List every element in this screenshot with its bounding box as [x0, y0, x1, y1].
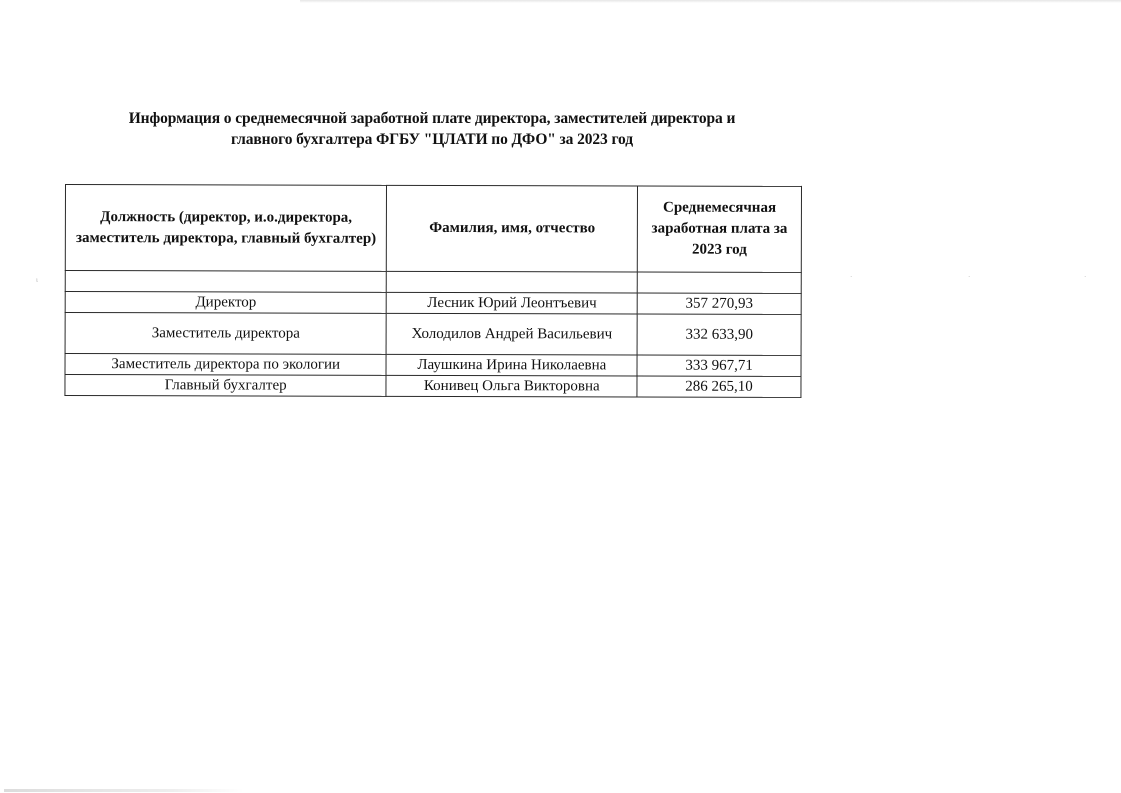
table-header-row: Должность (директор, и.о.директора, заме… [65, 185, 801, 273]
header-full-name: Фамилия, имя, отчество [387, 185, 638, 272]
spacer-cell [387, 271, 638, 293]
title-line-2: главного бухгалтера ФГБУ "ЦЛАТИ по ДФО" … [80, 129, 784, 150]
scan-dot: · [968, 273, 970, 281]
title-line-1: Информация о среднемесячной заработной п… [80, 108, 784, 129]
scan-edge-bottom [4, 789, 244, 792]
table-row: Главный бухгалтер Конивец Ольга Викторов… [65, 375, 801, 398]
table-row: Заместитель директора Холодилов Андрей В… [65, 313, 801, 356]
scan-edge-top [300, 0, 1121, 3]
cell-full-name: Лесник Юрий Леонтъевич [387, 292, 638, 314]
cell-full-name: Холодилов Андрей Васильевич [386, 313, 637, 355]
spacer-cell [637, 272, 801, 293]
cell-salary: 357 270,93 [637, 293, 801, 314]
cell-position: Главный бухгалтер [65, 375, 386, 397]
scan-dot: · [850, 273, 852, 281]
header-salary: Среднемесячная заработная плата за 2023 … [637, 186, 801, 272]
table-row: Заместитель директора по экологии Лаушки… [65, 354, 801, 377]
salary-table: Должность (директор, и.о.директора, заме… [64, 184, 802, 398]
header-position: Должность (директор, и.о.директора, заме… [65, 185, 387, 272]
cell-position: Заместитель директора [65, 313, 387, 355]
cell-full-name: Лаушкина Ирина Николаевна [386, 354, 637, 376]
cell-position: Заместитель директора по экологии [65, 354, 386, 376]
scan-dot: ι [36, 276, 38, 284]
table-spacer-row [65, 271, 801, 294]
cell-full-name: Конивец Ольга Викторовна [386, 375, 637, 397]
cell-salary: 286 265,10 [637, 376, 801, 397]
document-title: Информация о среднемесячной заработной п… [80, 108, 784, 150]
cell-salary: 332 633,90 [637, 314, 801, 355]
scan-dot: · [1084, 273, 1086, 281]
spacer-cell [65, 271, 386, 293]
cell-position: Директор [65, 292, 386, 314]
table-row: Директор Лесник Юрий Леонтъевич 357 270,… [65, 292, 801, 315]
cell-salary: 333 967,71 [637, 355, 801, 376]
